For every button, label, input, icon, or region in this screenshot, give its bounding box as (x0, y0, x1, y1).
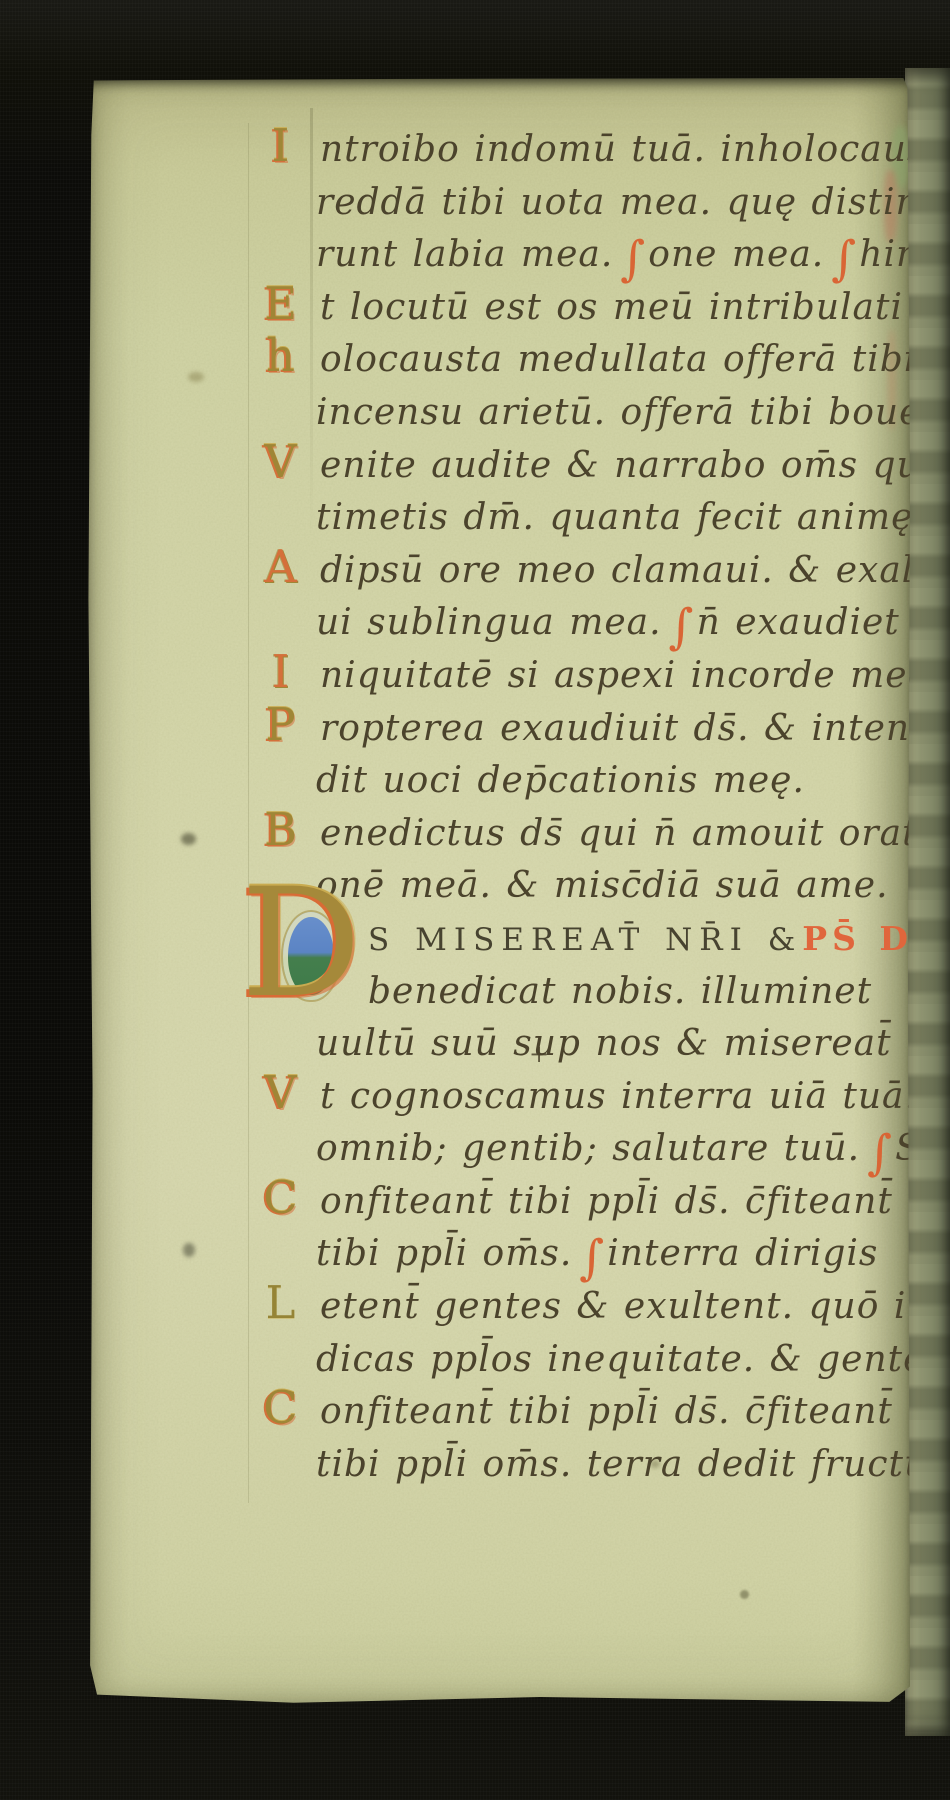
book-fore-edge (905, 68, 950, 1736)
decorated-initial: C (252, 1388, 310, 1428)
decorated-initial: E (252, 284, 310, 324)
text-line: runt labia mea.∫one mea.∫hircis. (252, 229, 908, 282)
text-block: Introibo indomū tuā. inholocaustisreddā … (252, 124, 908, 1491)
verse-text: timetis dm̄. quanta fecit animę meę (316, 497, 950, 538)
decorated-initial: h (252, 336, 310, 376)
decorated-initial: V (252, 1073, 310, 1113)
verse-text: ui sublingua mea. (316, 602, 662, 643)
text-line: timetis dm̄. quanta fecit animę meę (252, 492, 908, 545)
text-line: Confiteant̄ tibi ppl̄i ds̄. c̄fiteant̄ (252, 1176, 908, 1229)
verse-text: niquitatē si aspexi incorde meo (320, 655, 930, 696)
text-line: Confiteant̄ tibi ppl̄i ds̄. c̄fiteant̄ (252, 1386, 908, 1439)
verse-text: t cognoscamus interra uiā tuā. in (320, 1076, 950, 1117)
verse-text: benedicat nobis. illuminet (368, 971, 872, 1012)
decorated-initial: V (252, 442, 310, 482)
verse-text: etent̄ gentes & exultent. quō iu (320, 1286, 931, 1327)
verse-text: incensu arietū. offerā tibi bouescū (316, 392, 950, 433)
decorated-initial: B (252, 810, 310, 850)
verse-text: dipsū ore meo clamaui. & exalta (320, 550, 950, 591)
verse-text: dicas ppl̄os inequitate. & gentes (316, 1339, 945, 1380)
verse-text: olocausta medullata offerā tibi cū (320, 339, 950, 380)
verse-text: reddā tibi uota mea. quę distinxe (316, 182, 950, 223)
page-blemish (740, 1590, 749, 1599)
decorated-initial: I (252, 652, 310, 692)
verse-text: onē meā. & misc̄diā suā ame. (316, 865, 889, 906)
display-capitals: S MISEREAT̄ NR̄I & (368, 914, 802, 967)
text-line: reddā tibi uota mea. quę distinxe (252, 177, 908, 230)
margin-ruling-line (248, 123, 249, 1503)
verse-text: runt labia mea. (316, 234, 613, 275)
verse-text: dit uoci dep̄cationis meę. (316, 760, 805, 801)
page-blemish (183, 1243, 195, 1257)
verse-text: ropterea exaudiuit ds̄. & inten (320, 708, 910, 749)
verse-text: ntroibo indomū tuā. inholocaustis (320, 129, 950, 170)
verse-text: tibi ppl̄i om̄s. terra dedit fructū (316, 1444, 928, 1485)
text-line: dicas ppl̄os inequitate. & gentes (252, 1334, 908, 1387)
verse-text: uultū suū sup nos & misereat̄ nr̄i. (316, 1023, 950, 1064)
verse-text: enite audite & narrabo om̄s qui (320, 445, 933, 486)
text-line: Iniquitatē si aspexi incorde meo (252, 650, 908, 703)
text-line: holocausta medullata offerā tibi cū (252, 334, 908, 387)
text-line: S MISEREAT̄ NR̄I &PS̄ DD̄. (252, 913, 908, 966)
text-line: incensu arietū. offerā tibi bouescū (252, 387, 908, 440)
text-line: Adipsū ore meo clamaui. & exalta (252, 545, 908, 598)
page-blemish (188, 372, 204, 382)
text-line: tibi ppl̄i om̄s.∫interra dirigis (252, 1228, 908, 1281)
text-line: Benedictus ds̄ qui n̄ amouit orati (252, 808, 908, 861)
text-line: benedicat nobis. illuminet (252, 966, 908, 1019)
decorated-initial: A (252, 547, 310, 587)
text-line: Introibo indomū tuā. inholocaustis (252, 124, 908, 177)
text-line: Vt cognoscamus interra uiā tuā. in (252, 1071, 908, 1124)
text-line: Et locutū est os meū intribulati (252, 282, 908, 335)
text-line: Propterea exaudiuit ds̄. & inten (252, 703, 908, 756)
text-line: tibi ppl̄i om̄s. terra dedit fructū (252, 1439, 908, 1492)
page-blemish (181, 833, 196, 845)
text-line: Venite audite & narrabo om̄s qui (252, 440, 908, 493)
decorated-initial: P (252, 705, 310, 745)
text-line: onē meā. & misc̄diā suā ame. (252, 860, 908, 913)
verse-text: onfiteant̄ tibi ppl̄i ds̄. c̄fiteant̄ (320, 1181, 893, 1222)
decorated-initial: C (252, 1178, 310, 1218)
text-line: Letent̄ gentes & exultent. quō iu (252, 1281, 908, 1334)
decorated-initial: I (252, 126, 310, 166)
verse-text: one mea. (648, 234, 824, 275)
manuscript-page: Introibo indomū tuā. inholocaustisreddā … (88, 78, 910, 1706)
text-line: ui sublingua mea.∫n̄ exaudiet dn̄s. (252, 597, 908, 650)
verse-text: enedictus ds̄ qui n̄ amouit orati (320, 813, 930, 854)
photo-stage: Introibo indomū tuā. inholocaustisreddā … (0, 0, 950, 1800)
verse-text: omnib; gentib; salutare tuū. (316, 1128, 860, 1169)
verse-text: interra dirigis (607, 1233, 878, 1274)
verse-text: tibi ppl̄i om̄s. (316, 1233, 572, 1274)
verse-text: t locutū est os meū intribulati (320, 287, 903, 328)
verse-text: onfiteant̄ tibi ppl̄i ds̄. c̄fiteant̄ (320, 1391, 893, 1432)
text-line: dit uoci dep̄cationis meę. (252, 755, 908, 808)
decorated-initial: L (252, 1283, 310, 1323)
text-line: uultū suū sup nos & misereat̄ nr̄i. (252, 1018, 908, 1071)
text-line: omnib; gentib; salutare tuū.∫Svv̄. (252, 1123, 908, 1176)
